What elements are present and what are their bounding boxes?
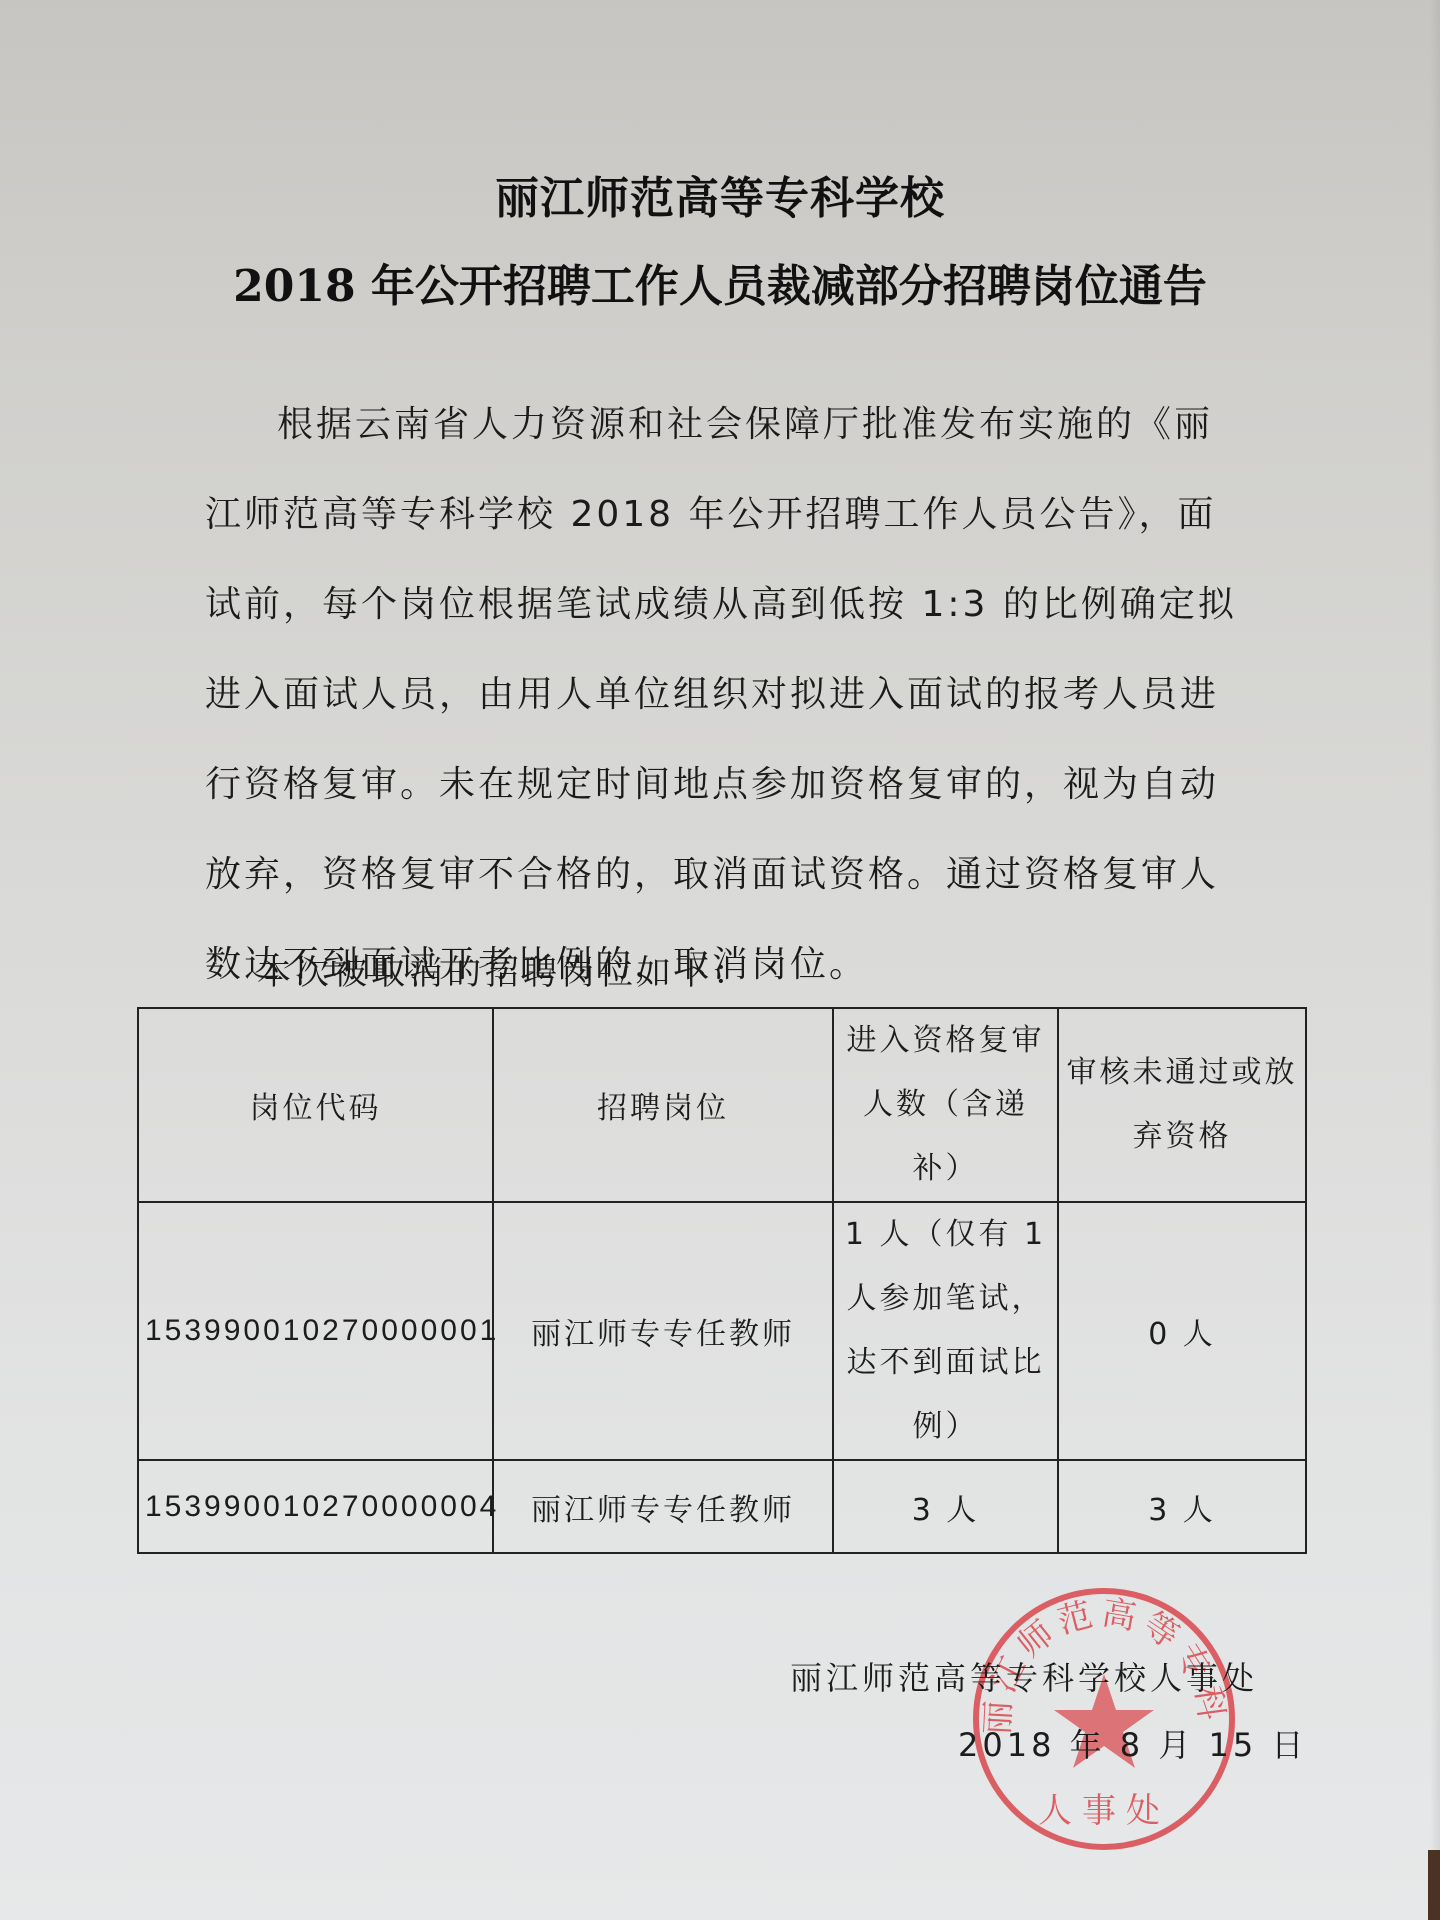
cell-position-name: 丽江师专专任教师	[493, 1460, 833, 1553]
document-title-notice: 2018 年公开招聘工作人员裁减部分招聘岗位通告	[0, 250, 1440, 314]
cell-reviewed-count: 1 人（仅有 1 人参加笔试，达不到面试比例）	[833, 1202, 1058, 1460]
issue-date: 2018 年 8 月 15 日	[958, 1720, 1307, 1766]
document-title-school: 丽江师范高等专科学校	[0, 162, 1440, 226]
header-position-name: 招聘岗位	[493, 1008, 833, 1202]
issuer-signature: 丽江师范高等专科学校人事处	[790, 1653, 1258, 1699]
table-row: 153990010270000004 丽江师专专任教师 3 人 3 人	[138, 1460, 1306, 1553]
paper-document: 丽江师范高等专科学校 2018 年公开招聘工作人员裁减部分招聘岗位通告 根据云南…	[0, 0, 1440, 1920]
table-lead-in: 本次被取消的招聘岗位如下：	[257, 945, 751, 994]
cell-position-name: 丽江师专专任教师	[493, 1202, 833, 1460]
seal-bottom-text: 人事处	[1038, 1791, 1170, 1831]
table-row: 153990010270000001 丽江师专专任教师 1 人（仅有 1 人参加…	[138, 1202, 1306, 1460]
body-paragraph-container: 根据云南省人力资源和社会保障厅批准发布实施的《丽江师范高等专科学校 2018 年…	[205, 380, 1245, 1010]
header-position-code: 岗位代码	[138, 1008, 493, 1202]
cell-failed-count: 0 人	[1058, 1202, 1306, 1460]
desk-background	[1428, 1850, 1440, 1920]
cell-reviewed-count: 3 人	[833, 1460, 1058, 1553]
header-reviewed-count: 进入资格复审人数（含递补）	[833, 1008, 1058, 1202]
cell-position-code: 153990010270000004	[138, 1460, 493, 1553]
paper-edge-shadow	[1430, 0, 1440, 1920]
header-failed-count: 审核未通过或放弃资格	[1058, 1008, 1306, 1202]
body-paragraph: 根据云南省人力资源和社会保障厅批准发布实施的《丽江师范高等专科学校 2018 年…	[205, 380, 1245, 1010]
table-header-row: 岗位代码 招聘岗位 进入资格复审人数（含递补） 审核未通过或放弃资格	[138, 1008, 1306, 1202]
cell-failed-count: 3 人	[1058, 1460, 1306, 1553]
cell-position-code: 153990010270000001	[138, 1202, 493, 1460]
cancelled-positions-table: 岗位代码 招聘岗位 进入资格复审人数（含递补） 审核未通过或放弃资格 15399…	[137, 1007, 1307, 1554]
